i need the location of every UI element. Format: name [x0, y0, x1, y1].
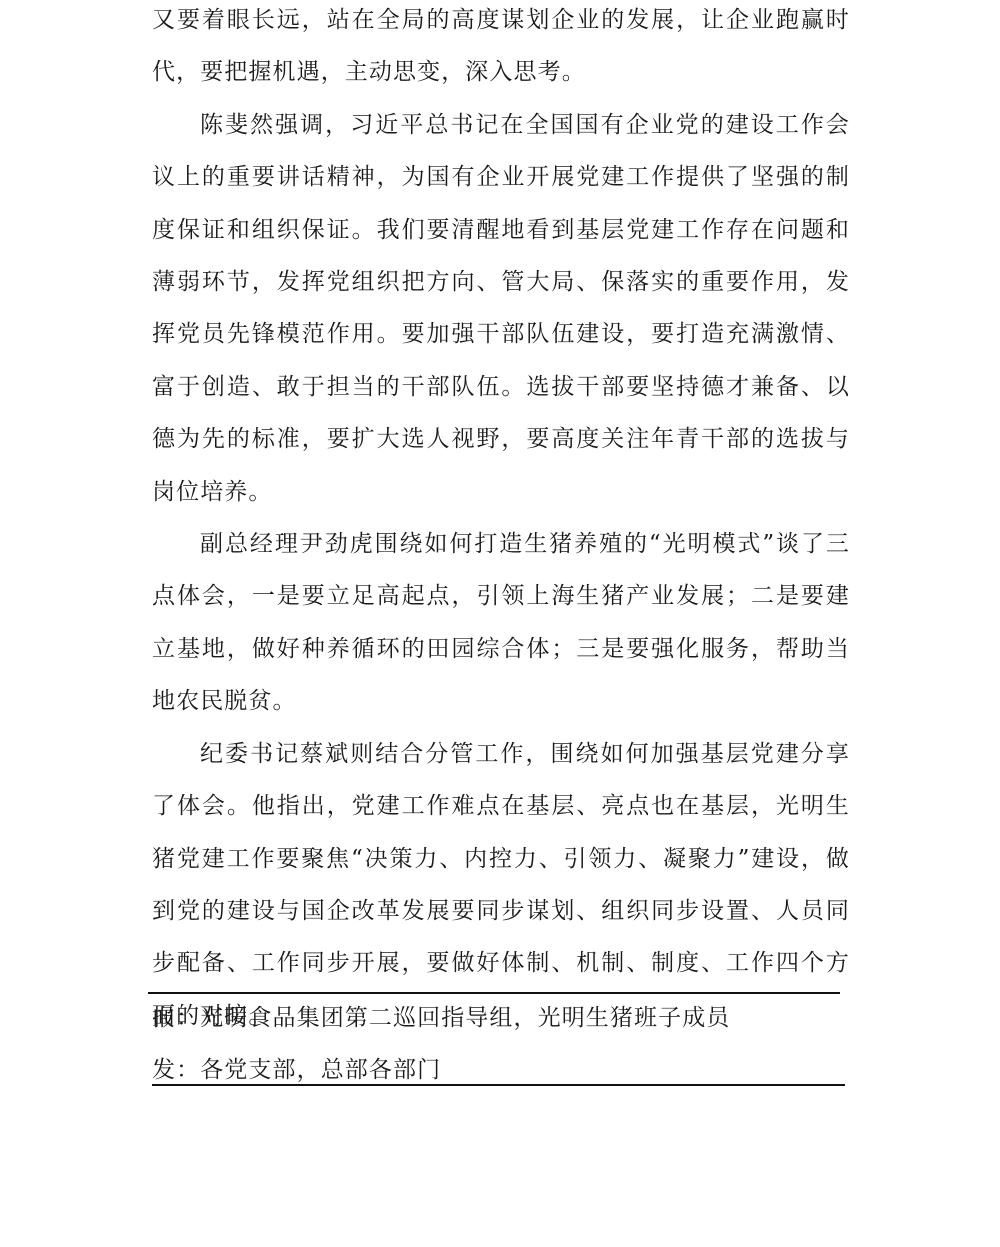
distribution-top-rule: [148, 992, 840, 994]
paragraph-continuation: 又要着眼长远，站在全局的高度谋划企业的发展，让企业跑赢时代，要把握机遇，主动思变…: [152, 0, 850, 99]
send-label: 发：: [152, 1057, 200, 1083]
document-body: 又要着眼长远，站在全局的高度谋划企业的发展，让企业跑赢时代，要把握机遇，主动思变…: [152, 0, 850, 1042]
report-recipients: 光明食品集团第二巡回指导组，光明生猪班子成员: [200, 1005, 730, 1031]
distribution-send-line: 发：各党支部，总部各部门: [152, 1055, 441, 1085]
paragraph-cai-bin-remarks: 纪委书记蔡斌则结合分管工作，围绕如何加强基层党建分享了体会。他指出，党建工作难点…: [152, 728, 850, 1042]
report-label: 报：: [152, 1005, 200, 1031]
distribution-report-line: 报：光明食品集团第二巡回指导组，光明生猪班子成员: [152, 1003, 730, 1033]
paragraph-chen-feiran-remarks: 陈斐然强调，习近平总书记在全国国有企业党的建设工作会议上的重要讲话精神，为国有企…: [152, 99, 850, 518]
distribution-bottom-rule: [152, 1084, 845, 1086]
document-page: 又要着眼长远，站在全局的高度谋划企业的发展，让企业跑赢时代，要把握机遇，主动思变…: [0, 0, 1000, 1247]
send-recipients: 各党支部，总部各部门: [200, 1057, 441, 1083]
paragraph-yin-jinhu-remarks: 副总经理尹劲虎围绕如何打造生猪养殖的“光明模式”谈了三点体会，一是要立足高起点，…: [152, 518, 850, 728]
